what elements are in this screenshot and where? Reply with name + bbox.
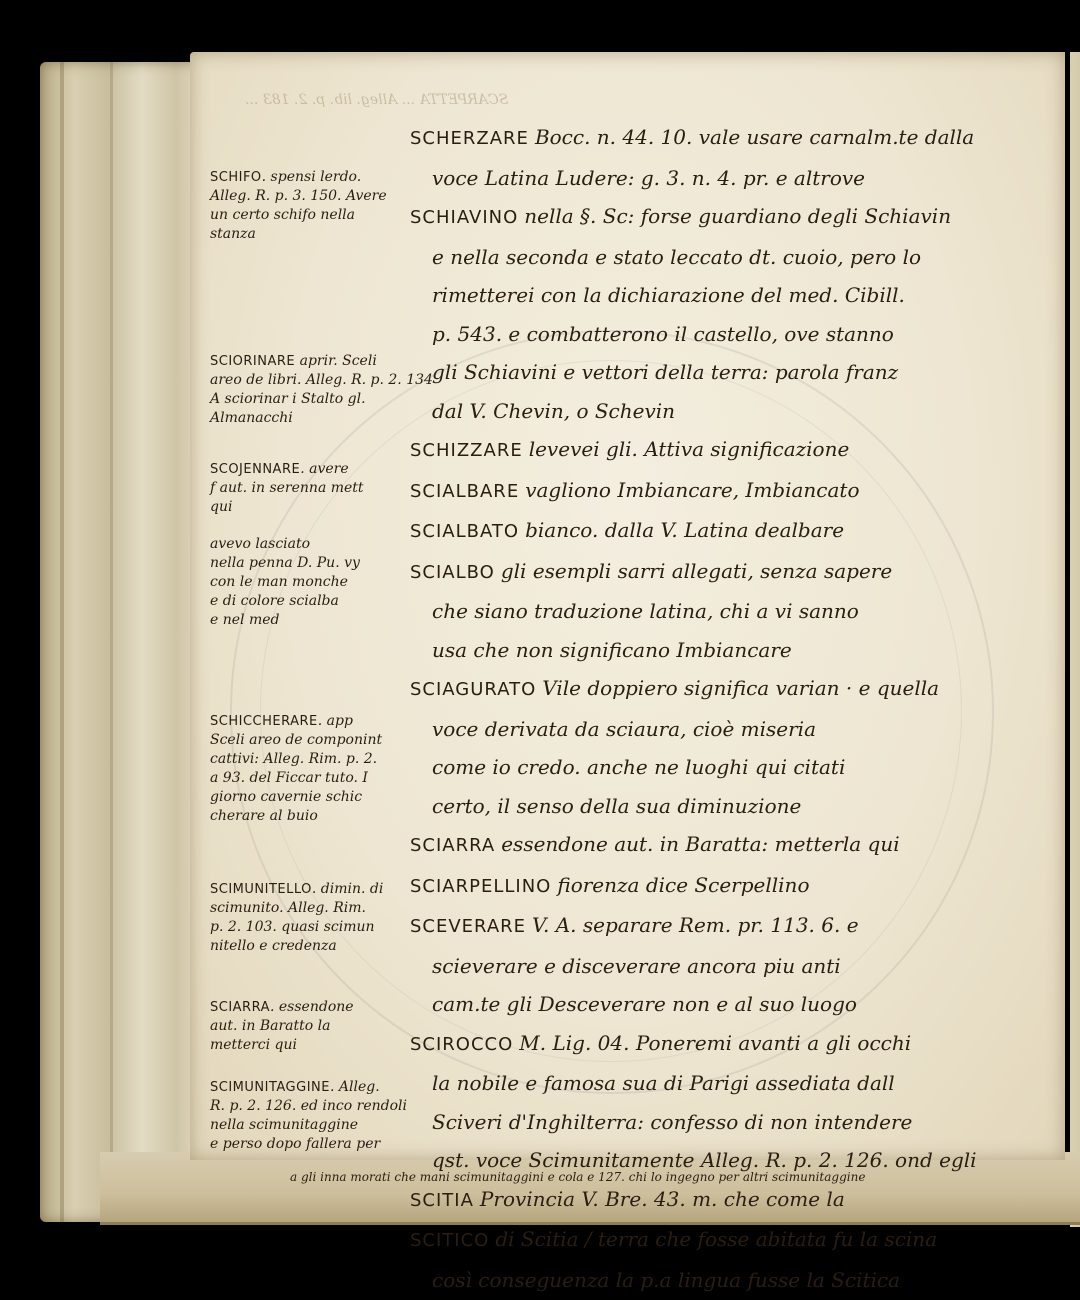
entry-text: dal V. Chevin, o Schevin: [432, 399, 675, 423]
page-stack-edge: [40, 62, 210, 1222]
manuscript-line: SCHIAVINOnella §. Sc: forse guardiano de…: [410, 197, 1030, 238]
manuscript-line: SCEVERAREV. A. separare Rem. pr. 113. 6.…: [410, 906, 1030, 947]
manuscript-line: dal V. Chevin, o Schevin: [410, 392, 1030, 431]
margin-note-line: Alleg. R. p. 3. 150. Avere: [210, 187, 430, 206]
manuscript-line: così conseguenza la p.a lingua fusse la …: [410, 1261, 1030, 1300]
manuscript-line: che siano traduzione latina, chi a vi sa…: [410, 592, 1030, 631]
margin-note-line: nitello e credenza: [210, 937, 430, 956]
margin-note-line: con le man monche: [210, 573, 430, 592]
manuscript-line: cam.te gli Desceverare non e al suo luog…: [410, 985, 1030, 1024]
entry-text: scieverare e disceverare ancora piu anti: [432, 954, 841, 978]
margin-note-line: e perso dopo fallera per: [210, 1135, 430, 1154]
entry-text: rimetterei con la dichiarazione del med.…: [432, 283, 905, 307]
entry-text: cam.te gli Desceverare non e al suo luog…: [432, 992, 857, 1016]
margin-note: SCIMUNITAGGINE. Alleg.R. p. 2. 126. ed i…: [210, 1078, 430, 1154]
manuscript-line: Sciveri d'Inghilterra: confesso di non i…: [410, 1103, 1030, 1142]
entry-text: come io credo. anche ne luoghi qui citat…: [432, 755, 845, 779]
entry-text: la nobile e famosa sua di Parigi assedia…: [432, 1071, 895, 1095]
manuscript-line: SCHERZAREBocc. n. 44. 10. vale usare car…: [410, 118, 1030, 159]
margin-note-line: SCIMUNITAGGINE. Alleg.: [210, 1078, 430, 1097]
manuscript-line: gli Schiavini e vettori della terra: par…: [410, 353, 1030, 392]
manuscript-line: certo, il senso della sua diminuzione: [410, 787, 1030, 826]
entry-text: V. A. separare Rem. pr. 113. 6. e: [532, 913, 859, 937]
margin-note: avevo lasciatonella penna D. Pu. vycon l…: [210, 535, 430, 630]
margin-note-line: SCHICCHERARE. app: [210, 712, 430, 731]
manuscript-line: usa che non significano Imbiancare: [410, 631, 1030, 670]
manuscript-line: rimetterei con la dichiarazione del med.…: [410, 276, 1030, 315]
bleed-through-text: SCARPETTA ... Alleg. lib. p. 2. 183 ...: [245, 92, 508, 108]
margin-note-line: qui: [210, 498, 430, 517]
margin-note: SCIORINARE aprir. Sceliareo de libri. Al…: [210, 352, 430, 428]
margin-note-line: a 93. del Ficcar tuto. I: [210, 769, 430, 788]
entry-text: di Scitia / terra che fosse abitata fu l…: [495, 1227, 937, 1251]
margin-note-line: p. 2. 103. quasi scimun: [210, 918, 430, 937]
margin-note-line: scimunito. Alleg. Rim.: [210, 899, 430, 918]
margin-note: SCIMUNITELLO. dimin. discimunito. Alleg.…: [210, 880, 430, 956]
bottom-line: a gli inna morati che mani scimunitaggin…: [290, 1168, 865, 1187]
manuscript-line: voce derivata da sciaura, cioè miseria: [410, 710, 1030, 749]
margin-note-line: giorno cavernie schic: [210, 788, 430, 807]
margin-note-line: A sciorinar i Stalto gl.: [210, 390, 430, 409]
margin-note-line: stanza: [210, 225, 430, 244]
entry-text: Sciveri d'Inghilterra: confesso di non i…: [432, 1110, 912, 1134]
margin-note-line: areo de libri. Alleg. R. p. 2. 134: [210, 371, 430, 390]
entry-text: essendone aut. in Baratta: metterla qui: [501, 832, 899, 856]
manuscript-line: la nobile e famosa sua di Parigi assedia…: [410, 1064, 1030, 1103]
margin-note: SCHIFO. spensi lerdo.Alleg. R. p. 3. 150…: [210, 168, 430, 244]
margin-note-line: R. p. 2. 126. ed inco rendoli: [210, 1097, 430, 1116]
entry-text: usa che non significano Imbiancare: [432, 638, 792, 662]
margin-note-line: nella penna D. Pu. vy: [210, 554, 430, 573]
entry-text: che siano traduzione latina, chi a vi sa…: [432, 599, 859, 623]
entry-headword: SCIARPELLINO: [410, 876, 551, 897]
entry-text: M. Lig. 04. Poneremi avanti a gli occhi: [519, 1031, 911, 1055]
entry-text: Vile doppiero significa varian · e quell…: [542, 676, 939, 700]
margin-note-line: SCHIFO. spensi lerdo.: [210, 168, 430, 187]
margin-note-line: SCIORINARE aprir. Sceli: [210, 352, 430, 371]
margin-note-line: SCIMUNITELLO. dimin. di: [210, 880, 430, 899]
entry-text: Bocc. n. 44. 10. vale usare carnalm.te d…: [535, 125, 974, 149]
manuscript-line: SCHIZZARElevevei gli. Attiva significazi…: [410, 430, 1030, 471]
margin-note-line: Sceli areo de componint: [210, 731, 430, 750]
manuscript-line: come io credo. anche ne luoghi qui citat…: [410, 748, 1030, 787]
manuscript-line: SCIAGURATOVile doppiero significa varian…: [410, 669, 1030, 710]
manuscript-line: SCIALBATObianco. dalla V. Latina dealbar…: [410, 511, 1030, 552]
entry-text: p. 543. e combatterono il castello, ove …: [432, 322, 894, 346]
margin-note-line: e nel med: [210, 611, 430, 630]
entry-text: vagliono Imbiancare, Imbiancato: [525, 478, 859, 502]
manuscript-line: e nella seconda e stato leccato dt. cuoi…: [410, 238, 1030, 277]
entry-headword: SCHIZZARE: [410, 440, 523, 461]
entry-headword: SCIARRA: [410, 835, 495, 856]
entry-text: nella §. Sc: forse guardiano degli Schia…: [524, 204, 951, 228]
entry-headword: SCHERZARE: [410, 128, 529, 149]
entry-text: bianco. dalla V. Latina dealbare: [525, 518, 844, 542]
entry-text: voce Latina Ludere: g. 3. n. 4. pr. e al…: [432, 166, 865, 190]
entry-text: così conseguenza la p.a lingua fusse la …: [432, 1268, 900, 1292]
entry-text: fiorenza dice Scerpellino: [557, 873, 809, 897]
margin-note: SCHICCHERARE. appSceli areo de componint…: [210, 712, 430, 826]
manuscript-line: SCIALBAREvagliono Imbiancare, Imbiancato: [410, 471, 1030, 512]
margin-note-line: e di colore scialba: [210, 592, 430, 611]
margin-note-line: avevo lasciato: [210, 535, 430, 554]
manuscript-line: SCIROCCOM. Lig. 04. Poneremi avanti a gl…: [410, 1024, 1030, 1065]
entry-text: gli esempli sarri allegati, senza sapere: [501, 559, 892, 583]
manuscript-line: voce Latina Ludere: g. 3. n. 4. pr. e al…: [410, 159, 1030, 198]
manuscript-line: scieverare e disceverare ancora piu anti: [410, 947, 1030, 986]
margin-note: SCIARRA. essendoneaut. in Baratto lamett…: [210, 998, 430, 1055]
margin-note-line: SCIARRA. essendone: [210, 998, 430, 1017]
margin-note-line: aut. in Baratto la: [210, 1017, 430, 1036]
manuscript-line: SCIARRAessendone aut. in Baratta: metter…: [410, 825, 1030, 866]
manuscript-line: SCITICOdi Scitia / terra che fosse abita…: [410, 1220, 1030, 1261]
entry-headword: SCITIA: [410, 1190, 474, 1211]
margin-note-line: metterci qui: [210, 1036, 430, 1055]
facing-page-edge: [1070, 52, 1080, 1227]
manuscript-line: p. 543. e combatterono il castello, ove …: [410, 315, 1030, 354]
margin-note-line: Almanacchi: [210, 409, 430, 428]
manuscript-line: SCIALBOgli esempli sarri allegati, senza…: [410, 552, 1030, 593]
entry-text: e nella seconda e stato leccato dt. cuoi…: [432, 245, 921, 269]
entry-text: voce derivata da sciaura, cioè miseria: [432, 717, 816, 741]
margin-note-line: nella scimunitaggine: [210, 1116, 430, 1135]
entry-text: levevei gli. Attiva significazione: [529, 437, 850, 461]
entry-headword: SCIAGURATO: [410, 679, 536, 700]
manuscript-line: SCIARPELLINOfiorenza dice Scerpellino: [410, 866, 1030, 907]
entry-text: certo, il senso della sua diminuzione: [432, 794, 801, 818]
entry-headword: SCITICO: [410, 1230, 489, 1251]
margin-note-line: cherare al buio: [210, 807, 430, 826]
margin-note: SCOJENNARE. averef aut. in serenna mettq…: [210, 460, 430, 517]
margin-note-line: un certo schifo nella: [210, 206, 430, 225]
entry-text: Provincia V. Bre. 43. m. che come la: [480, 1187, 845, 1211]
margin-note-line: f aut. in serenna mett: [210, 479, 430, 498]
main-column: SCHERZAREBocc. n. 44. 10. vale usare car…: [410, 118, 1030, 1299]
entry-text: gli Schiavini e vettori della terra: par…: [432, 360, 898, 384]
margin-note-line: SCOJENNARE. avere: [210, 460, 430, 479]
margin-note-line: cattivi: Alleg. Rim. p. 2.: [210, 750, 430, 769]
